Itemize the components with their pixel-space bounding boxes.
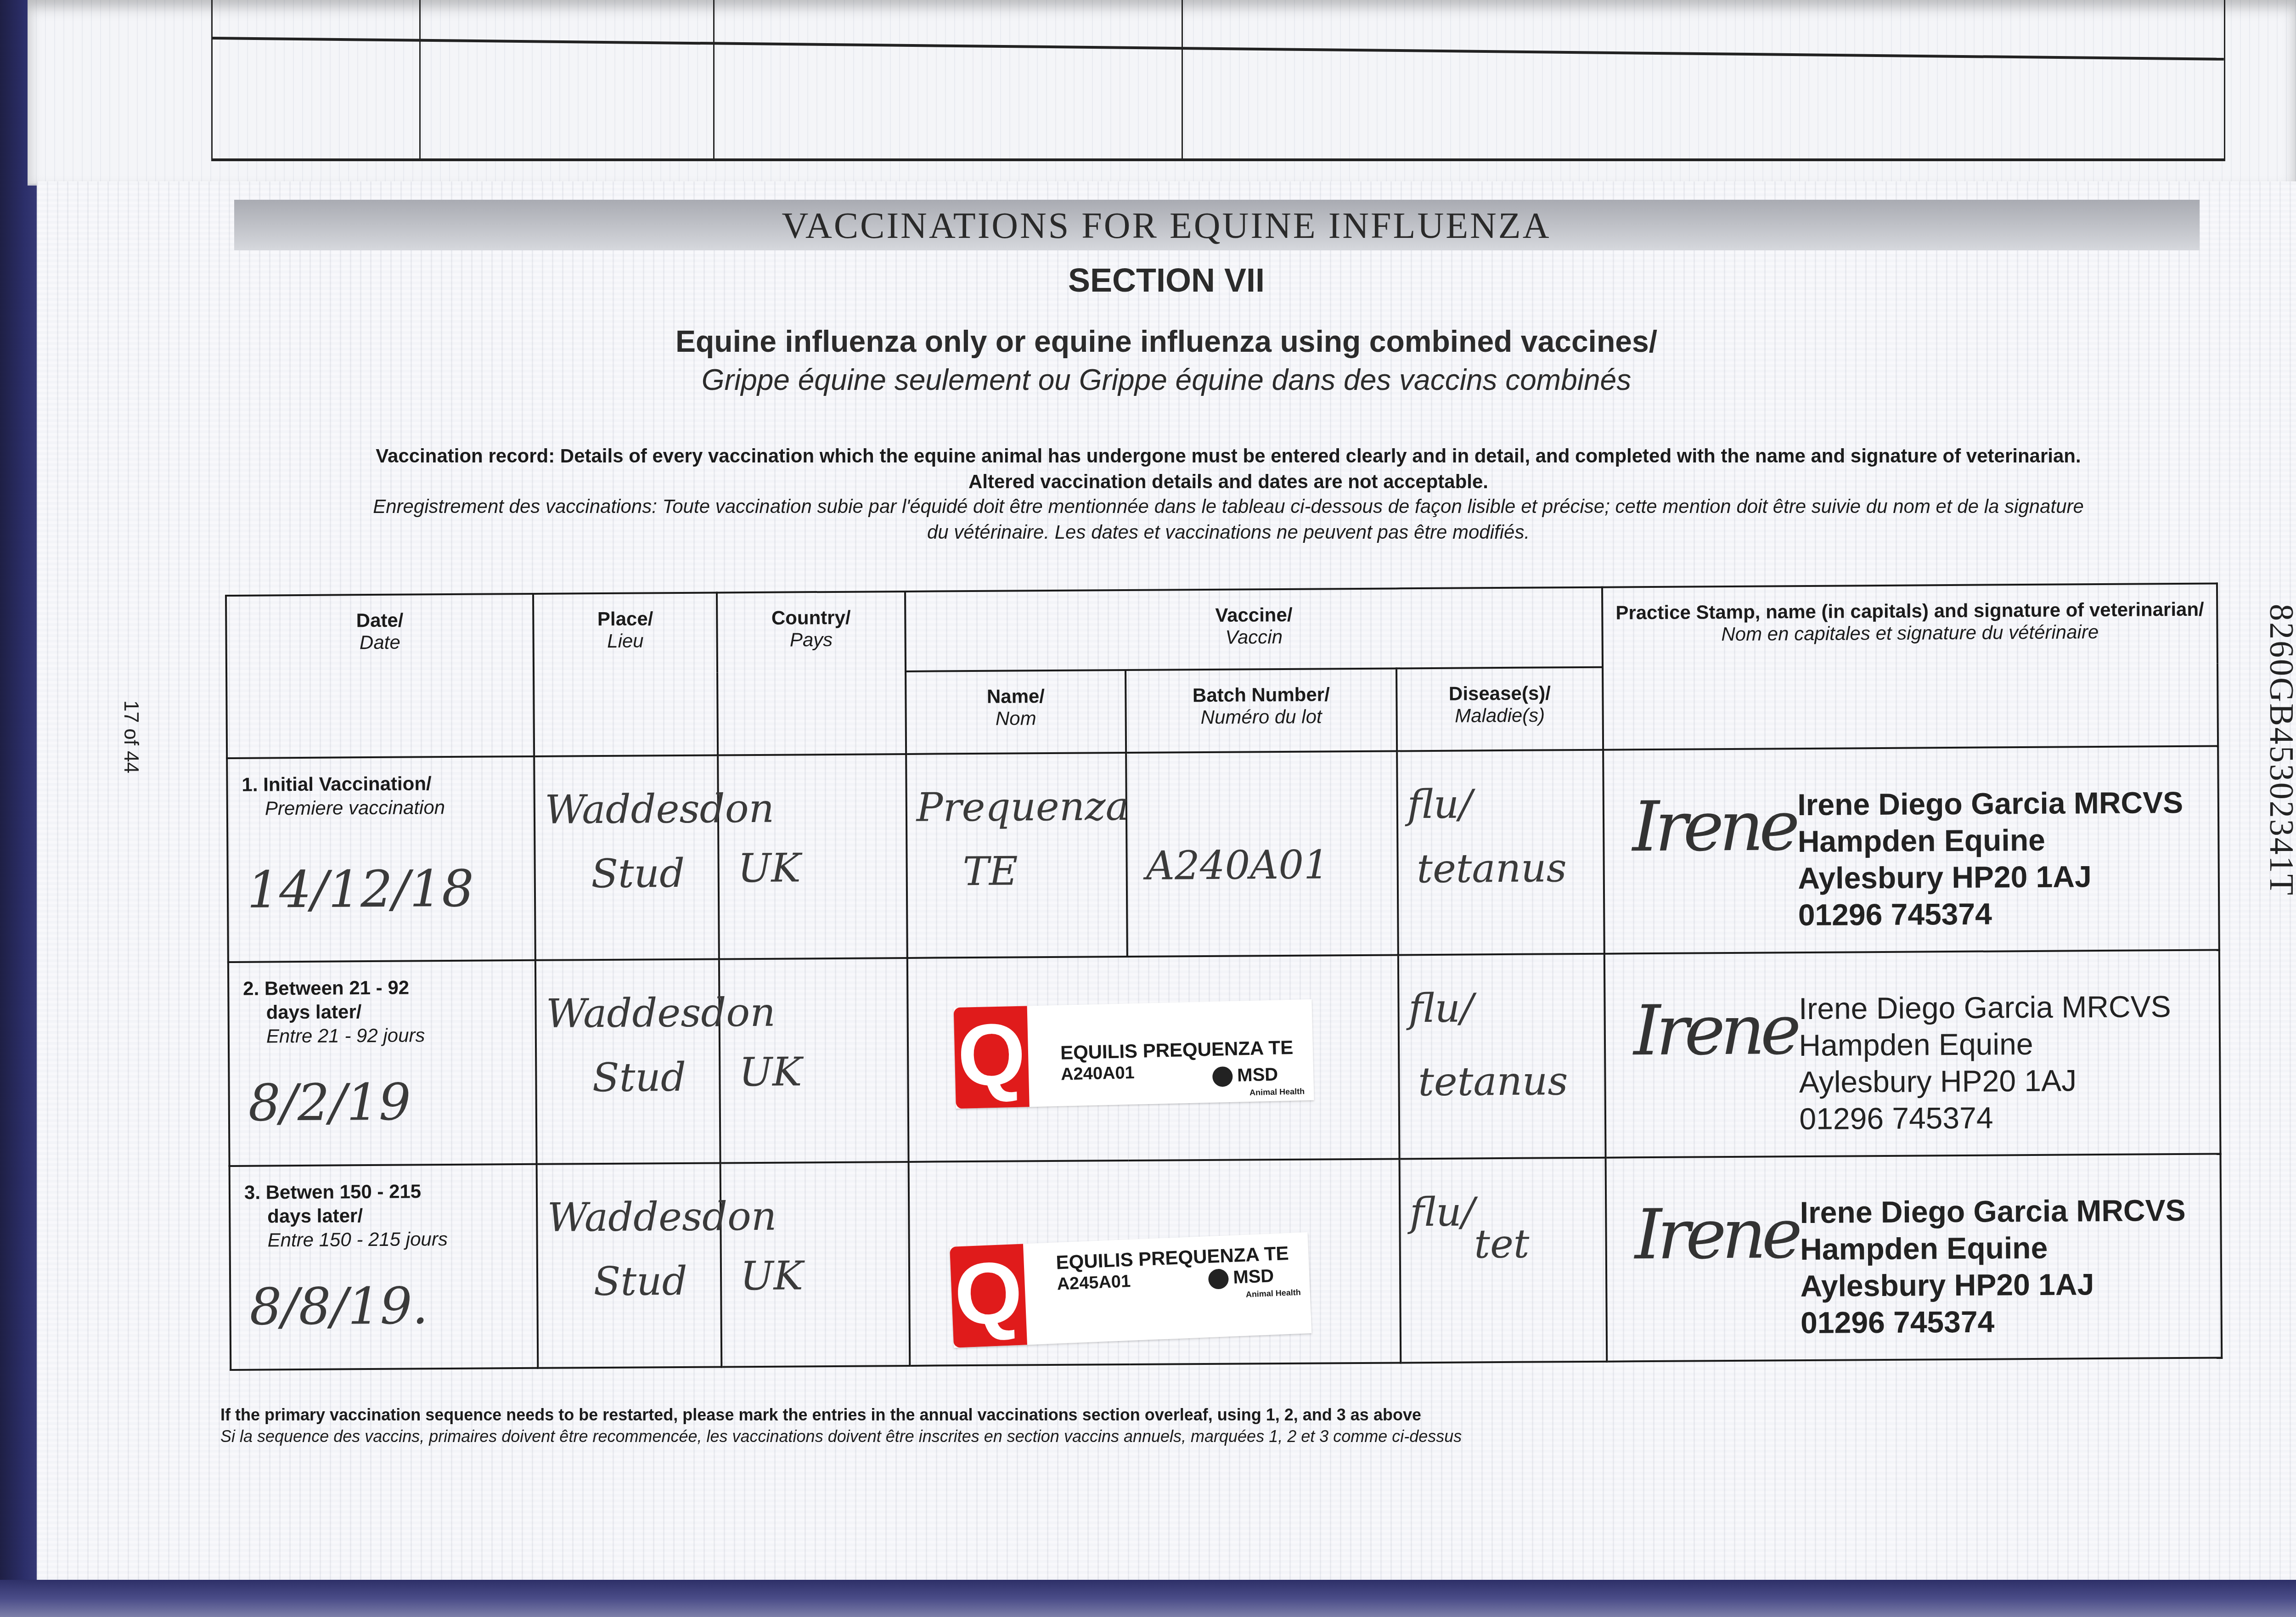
header-vaccine-name: Name/Nom (906, 670, 1126, 754)
previous-page-edge (28, 0, 2296, 186)
vaccine-sticker: Q EQUILIS PREQUENZA TE A240A01 MSD Anima… (953, 999, 1314, 1109)
vaccine-sticker-cell: Q EQUILIS PREQUENZA TE A245A01 MSD Anima… (908, 1159, 1401, 1366)
date-cell: 2. Between 21 - 92 days later/ Entre 21 … (228, 960, 537, 1166)
previous-page-table (211, 0, 2225, 161)
notice-en-line2: Altered vaccination details and dates ar… (230, 469, 2227, 495)
disease-cell: flu/ tetanus (1397, 750, 1604, 955)
practice-stamp: Irene Diego Garcia MRCVS Hampden Equine … (1797, 784, 2184, 933)
msd-logo-icon (1212, 1066, 1233, 1087)
banner-title: VACCINATIONS FOR EQUINE INFLUENZA (37, 205, 2296, 247)
country-value: UK (737, 843, 800, 894)
batch-cell: A240A01 (1126, 751, 1398, 957)
date-value: 14/12/18 (247, 863, 474, 915)
disease-cell: flu/ tetanus (1398, 954, 1606, 1159)
subtitle-english: Equine influenza only or equine influenz… (37, 324, 2296, 359)
notice-fr-line1: Enregistrement des vaccinations: Toute v… (230, 494, 2227, 519)
place-cell: Waddesdon Stud (537, 1163, 721, 1368)
header-place: Place/Lieu (533, 592, 718, 756)
date-cell: 3. Betwen 150 - 215 days later/ Entre 15… (230, 1164, 538, 1370)
header-date: Date/Date (226, 594, 535, 758)
table-row: 1. Initial Vaccination/ Premiere vaccina… (227, 746, 2219, 962)
section-title: SECTION VII (37, 262, 2296, 299)
vet-signature: Irene (1634, 1194, 1798, 1275)
msd-logo: MSD (1208, 1266, 1274, 1290)
place-cell: Waddesdon Stud (535, 755, 719, 960)
place-line2: Stud (593, 1256, 687, 1307)
msd-logo-icon (1208, 1269, 1229, 1290)
sticker-brand-sub: Animal Health (1245, 1288, 1301, 1300)
table-row: 2. Between 21 - 92 days later/ Entre 21 … (228, 950, 2221, 1166)
notice-french: Enregistrement des vaccinations: Toute v… (230, 494, 2227, 545)
sticker-product: EQUILIS PREQUENZA TE (1060, 1037, 1293, 1064)
date-value: 8/2/19 (248, 1077, 411, 1128)
disease-line1: flu/ (1410, 1187, 1475, 1238)
passport-cover-edge (0, 0, 41, 1617)
header-vet: Practice Stamp, name (in capitals) and s… (1602, 584, 2218, 750)
country-cell: UK (718, 754, 907, 959)
subtitle-french: Grippe équine seulement ou Grippe équine… (37, 363, 2296, 397)
vaccine-name-line2: TE (962, 846, 1018, 897)
passport-page: VACCINATIONS FOR EQUINE INFLUENZA SECTIO… (37, 181, 2296, 1582)
equilis-q-logo-icon: Q (950, 1244, 1027, 1348)
place-cell: Waddesdon Stud (535, 959, 720, 1164)
practice-stamp: Irene Diego Garcia MRCVS Hampden Equine … (1800, 1192, 2186, 1341)
passport-cover-bottom (0, 1580, 2296, 1617)
header-country: Country/Pays (717, 592, 906, 755)
country-value: UK (740, 1251, 803, 1301)
vet-signature: Irene (1633, 990, 1797, 1071)
vaccine-sticker-cell: Q EQUILIS PREQUENZA TE A240A01 MSD Anima… (907, 955, 1400, 1162)
practice-stamp: Irene Diego Garcia MRCVS Hampden Equine … (1799, 988, 2172, 1137)
disease-line2: tetanus (1418, 1056, 1568, 1107)
country-cell: UK (719, 958, 908, 1163)
vaccination-table: Date/Date Place/Lieu Country/Pays Vaccin… (225, 582, 2223, 1370)
vet-cell: Irene Irene Diego Garcia MRCVS Hampden E… (1606, 1154, 2222, 1361)
vet-cell: Irene Irene Diego Garcia MRCVS Hampden E… (1604, 950, 2220, 1157)
sticker-batch: A240A01 (1060, 1063, 1135, 1085)
date-value: 8/8/19. (249, 1280, 428, 1332)
disease-line2: tetanus (1417, 843, 1567, 894)
vaccine-name-line1: Prequenza (916, 781, 1129, 833)
page-indicator: 17 of 44 (119, 700, 142, 773)
notice-english: Vaccination record: Details of every vac… (230, 443, 2227, 495)
equilis-q-logo-icon: Q (953, 1006, 1029, 1109)
disease-cell: flu/ tet (1399, 1158, 1607, 1363)
vet-signature: Irene (1632, 786, 1795, 867)
passport-id: 8260GB45302341T (2262, 604, 2296, 896)
sticker-batch: A245A01 (1057, 1272, 1131, 1295)
date-cell: 1. Initial Vaccination/ Premiere vaccina… (227, 756, 535, 962)
table-row: 3. Betwen 150 - 215 days later/ Entre 15… (230, 1154, 2222, 1369)
row-label: 2. Between 21 - 92 days later/ Entre 21 … (229, 961, 535, 1048)
footer-note-english: If the primary vaccination sequence need… (220, 1405, 1421, 1425)
place-line2: Stud (592, 1052, 687, 1103)
place-line2: Stud (591, 848, 685, 899)
disease-line1: flu/ (1408, 983, 1474, 1034)
header-vaccine: Vaccine/Vaccin (905, 587, 1603, 671)
row-label: 3. Betwen 150 - 215 days later/ Entre 15… (231, 1165, 537, 1252)
disease-line2: tet (1474, 1219, 1530, 1270)
row-label: 1. Initial Vaccination/ Premiere vaccina… (228, 757, 534, 821)
header-batch-number: Batch Number/Numéro du lot (1125, 668, 1397, 753)
country-value: UK (739, 1047, 802, 1098)
header-diseases: Disease(s)/Maladie(s) (1396, 667, 1604, 751)
vaccine-sticker: Q EQUILIS PREQUENZA TE A245A01 MSD Anima… (950, 1232, 1311, 1348)
prev-col-divider (713, 0, 715, 158)
prev-col-divider (1182, 0, 1183, 158)
vet-cell: Irene Irene Diego Garcia MRCVS Hampden E… (1604, 746, 2219, 953)
footer-note-french: Si la sequence des vaccins, primaires do… (220, 1427, 1462, 1446)
disease-line1: flu/ (1407, 779, 1472, 830)
notice-en-line1: Vaccination record: Details of every vac… (230, 443, 2227, 469)
country-cell: UK (720, 1162, 910, 1367)
table-header-row: Date/Date Place/Lieu Country/Pays Vaccin… (226, 584, 2217, 676)
sticker-brand-sub: Animal Health (1249, 1087, 1305, 1098)
vaccine-name-cell: Prequenza TE (906, 753, 1127, 958)
batch-value: A240A01 (1146, 839, 1329, 891)
prev-col-divider (419, 0, 421, 158)
msd-logo: MSD (1212, 1065, 1278, 1087)
prev-row-divider (213, 37, 2224, 61)
notice-fr-line2: du vétérinaire. Les dates et vaccination… (230, 519, 2227, 545)
